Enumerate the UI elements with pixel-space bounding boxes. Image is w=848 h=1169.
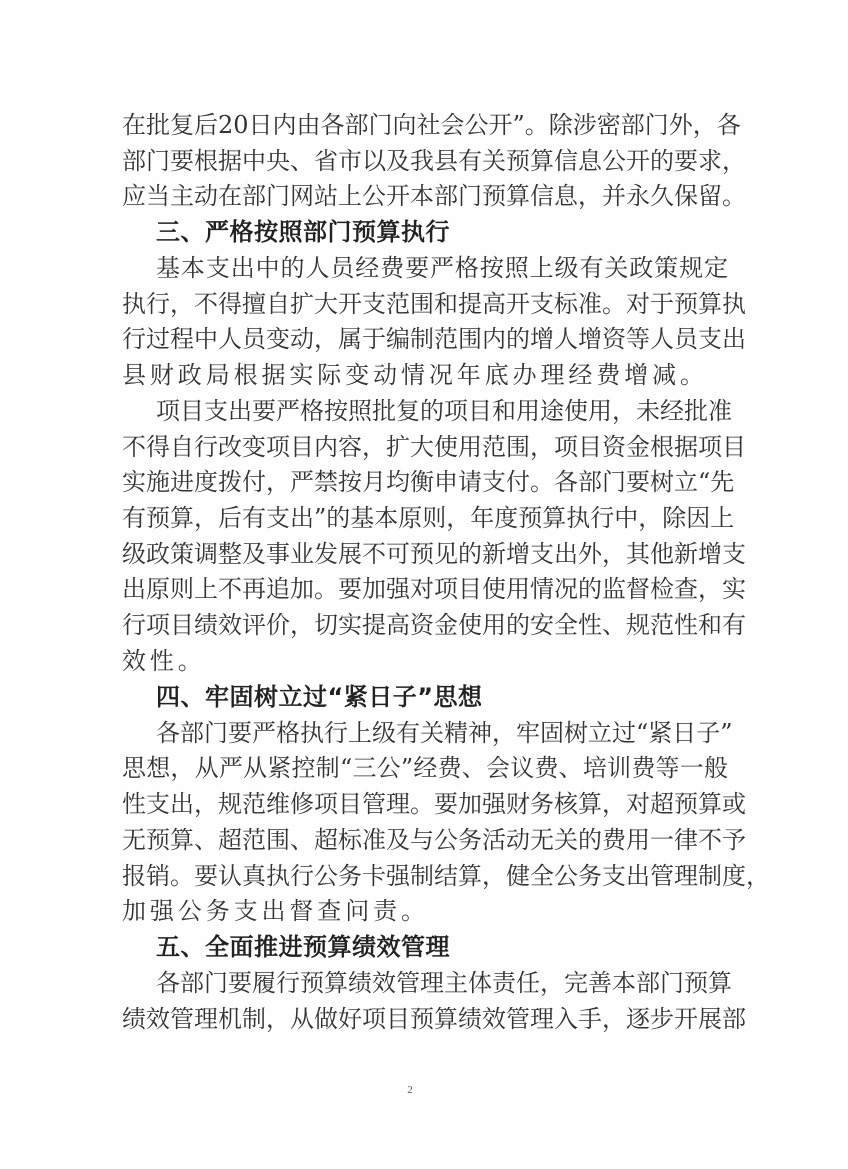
paragraph-line: 有预算，后有支出”的基本原则，年度预算执行中，除因上 bbox=[122, 500, 728, 536]
paragraph-line: 县财政局根据实际变动情况年底办理经费增减。 bbox=[122, 357, 728, 393]
paragraph-line: 行过程中人员变动，属于编制范围内的增人增资等人员支出 bbox=[122, 321, 728, 357]
paragraph-line: 部门要根据中央、省市以及我县有关预算信息公开的要求， bbox=[122, 143, 728, 179]
paragraph-line: 实施进度拨付，严禁按月均衡申请支付。各部门要树立“先 bbox=[122, 464, 728, 500]
paragraph-line: 在批复后20日内由各部门向社会公开”。除涉密部门外，各 bbox=[122, 107, 728, 143]
section-heading: 五、全面推进预算绩效管理 bbox=[156, 929, 450, 965]
document-page: 在批复后20日内由各部门向社会公开”。除涉密部门外，各部门要根据中央、省市以及我… bbox=[0, 0, 848, 1169]
section-heading: 四、牢固树立过“紧日子”思想 bbox=[156, 679, 483, 715]
page-number: 2 bbox=[400, 1084, 420, 1096]
paragraph-line: 级政策调整及事业发展不可预见的新增支出外，其他新增支 bbox=[122, 536, 728, 572]
paragraph-line: 报销。要认真执行公务卡强制结算，健全公务支出管理制度， bbox=[122, 858, 728, 894]
paragraph-line: 项目支出要严格按照批复的项目和用途使用，未经批准 bbox=[156, 393, 728, 429]
paragraph-line: 出原则上不再追加。要加强对项目使用情况的监督检查，实 bbox=[122, 571, 728, 607]
paragraph-line: 加强公务支出督查问责。 bbox=[122, 893, 728, 929]
paragraph-line: 不得自行改变项目内容，扩大使用范围，项目资金根据项目 bbox=[122, 429, 728, 465]
paragraph-line: 应当主动在部门网站上公开本部门预算信息，并永久保留。 bbox=[122, 178, 728, 214]
paragraph-line: 性支出，规范维修项目管理。要加强财务核算，对超预算或 bbox=[122, 786, 728, 822]
paragraph-line: 效性。 bbox=[122, 643, 728, 679]
paragraph-line: 执行，不得擅自扩大开支范围和提高开支标准。对于预算执 bbox=[122, 286, 728, 322]
paragraph-line: 各部门要严格执行上级有关精神，牢固树立过“紧日子” bbox=[156, 715, 728, 751]
paragraph-line: 无预算、超范围、超标准及与公务活动无关的费用一律不予 bbox=[122, 822, 728, 858]
paragraph-line: 基本支出中的人员经费要严格按照上级有关政策规定 bbox=[156, 250, 728, 286]
paragraph-line: 绩效管理机制，从做好项目预算绩效管理入手，逐步开展部 bbox=[122, 1001, 728, 1037]
paragraph-line: 各部门要履行预算绩效管理主体责任，完善本部门预算 bbox=[156, 965, 728, 1001]
paragraph-line: 思想，从严从紧控制“三公”经费、会议费、培训费等一般 bbox=[122, 750, 728, 786]
paragraph-line: 行项目绩效评价，切实提高资金使用的安全性、规范性和有 bbox=[122, 607, 728, 643]
section-heading: 三、严格按照部门预算执行 bbox=[156, 214, 450, 250]
